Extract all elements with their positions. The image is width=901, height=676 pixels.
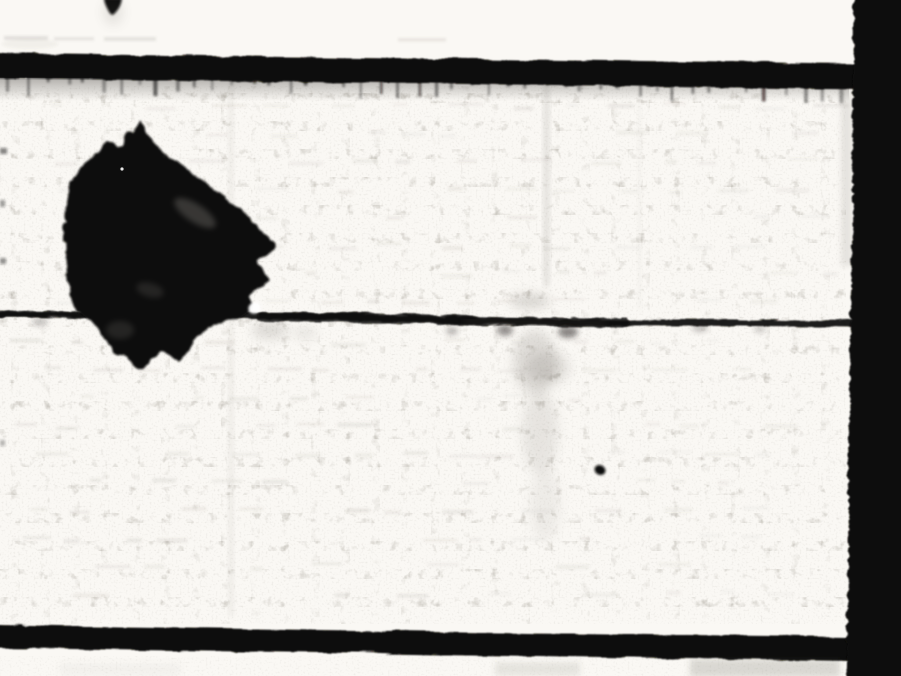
- top-edge-ink-drip: [103, 0, 123, 25]
- scanned-page: [0, 0, 901, 676]
- right-margin-bar: [845, 0, 901, 676]
- scan-canvas: [0, 0, 901, 676]
